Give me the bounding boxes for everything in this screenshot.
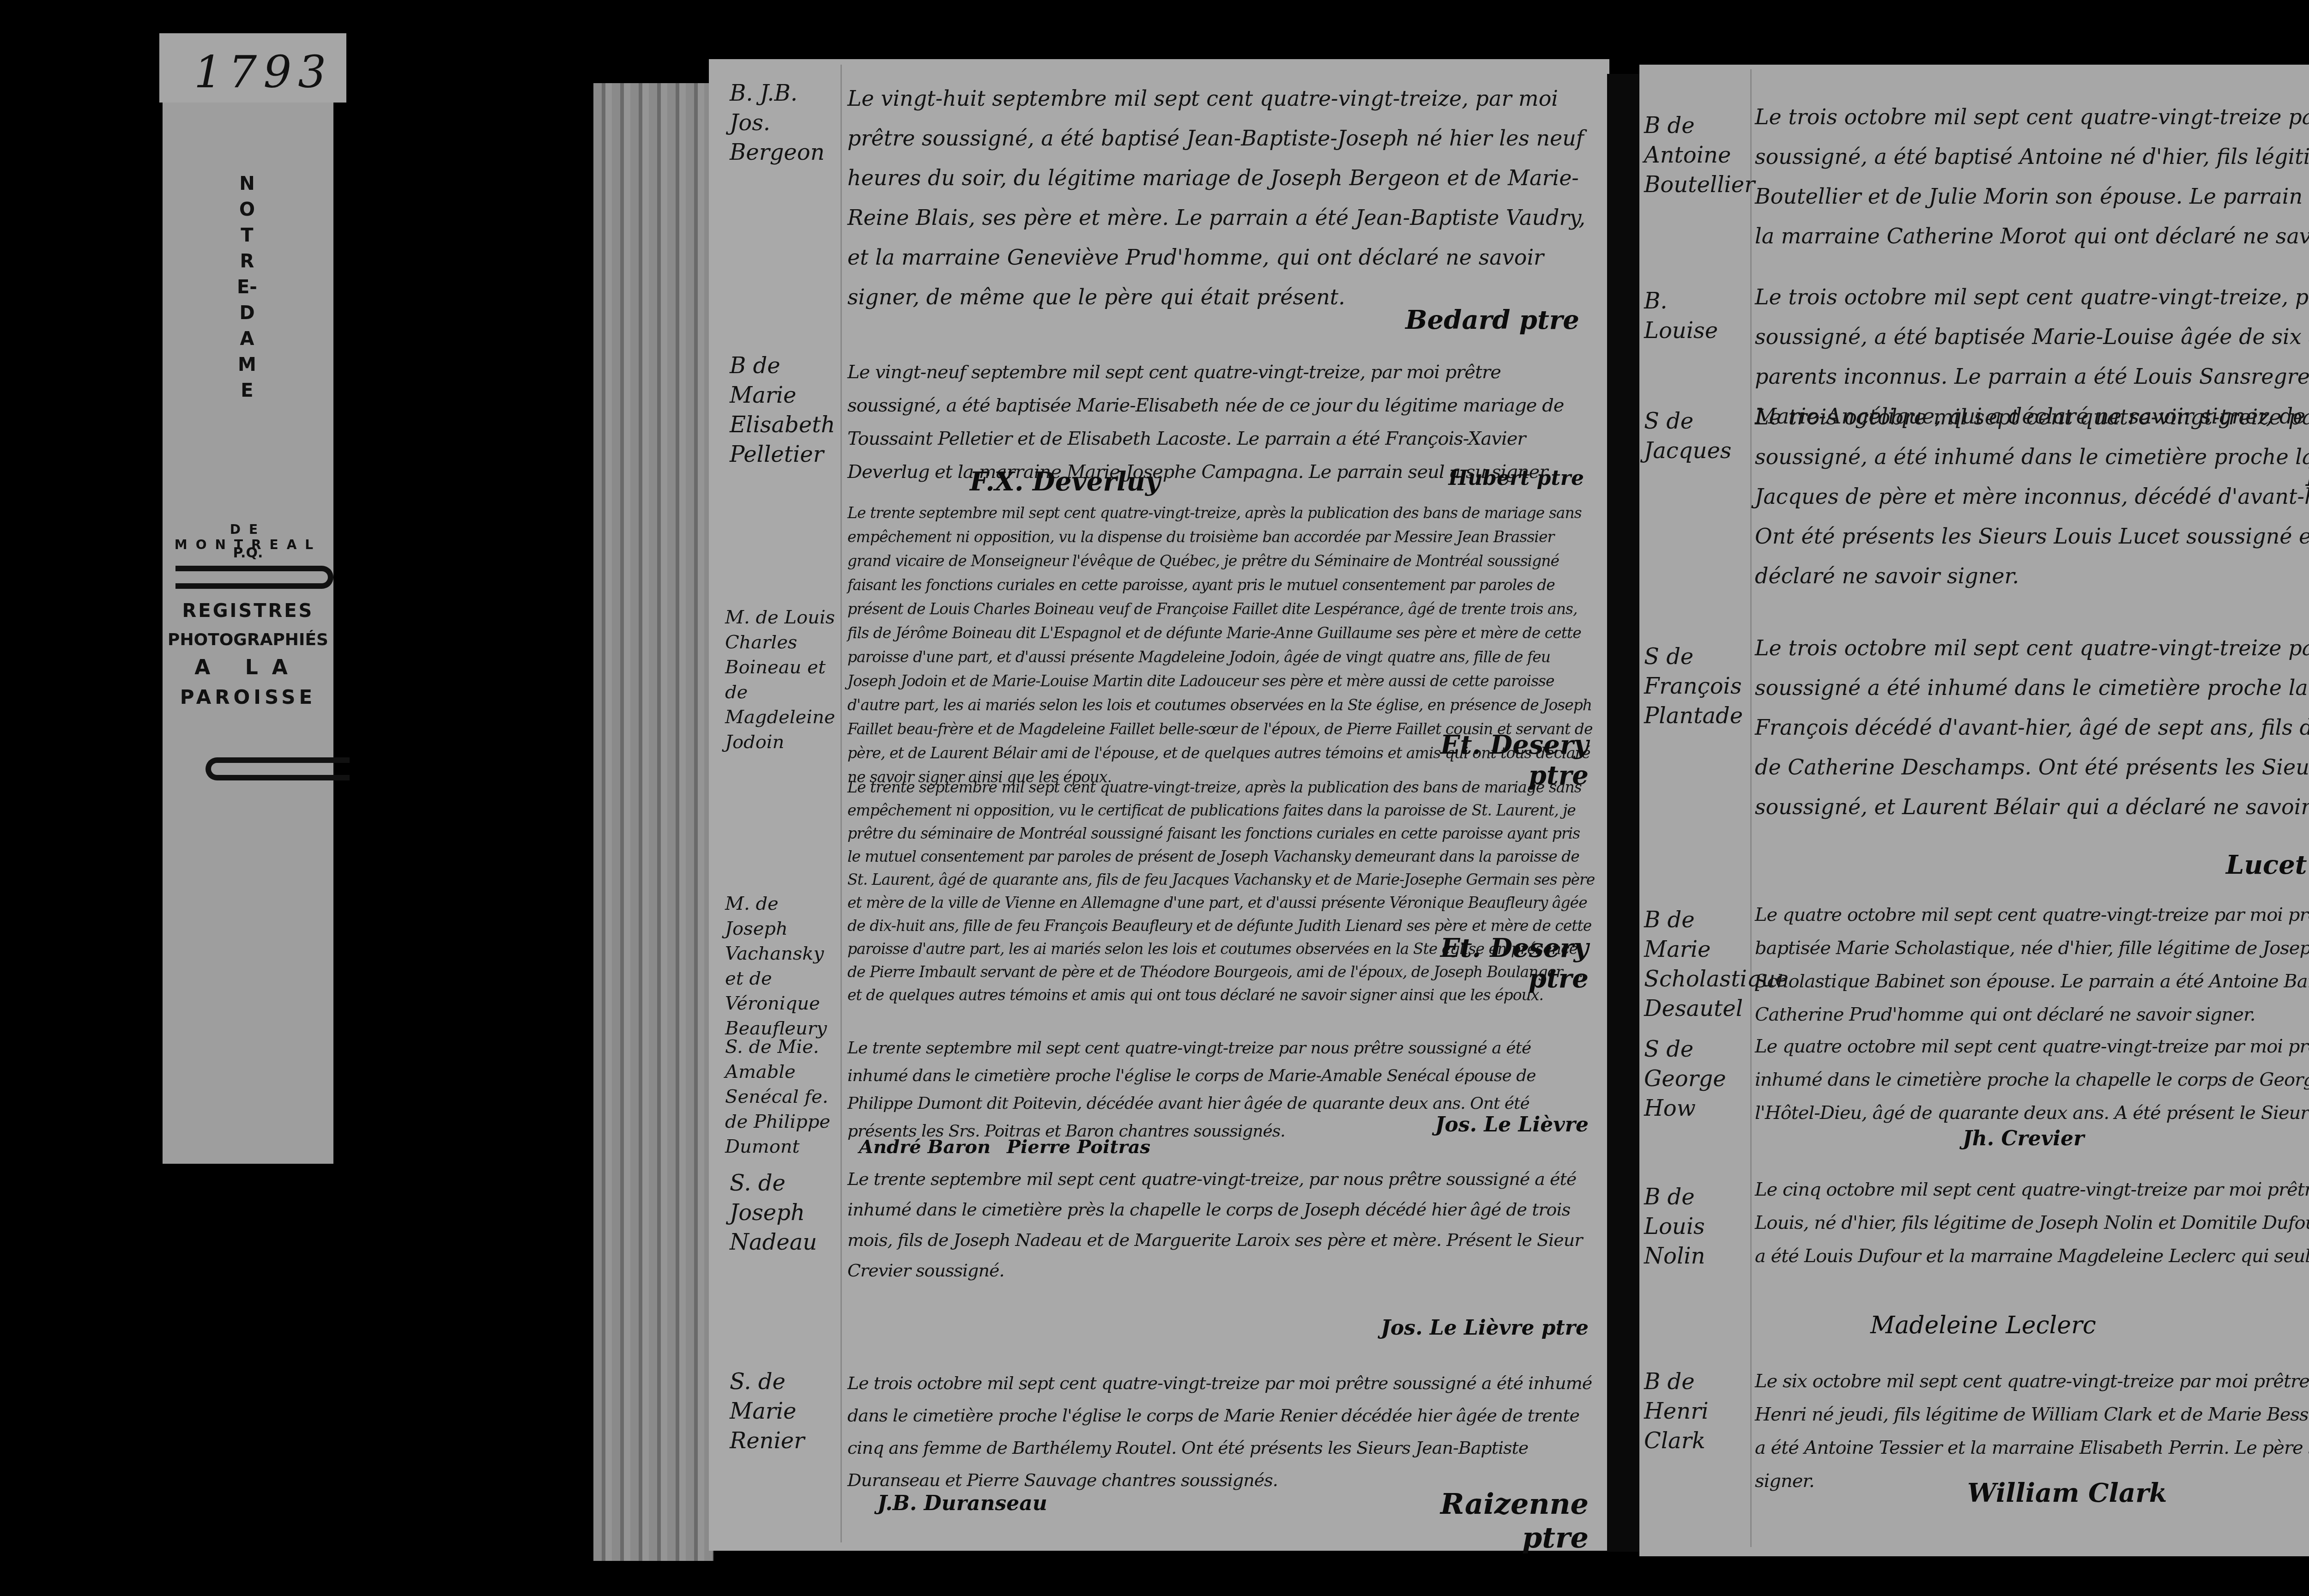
witness-signatures: J.B. Duranseau (877, 1492, 1247, 1515)
margin-note: M. de Joseph Vachansky et de Véronique B… (725, 891, 836, 1041)
province-label: P.Q. (163, 545, 333, 561)
signature: Et. Desery ptre (1376, 933, 1589, 994)
stamp-line-4: PAROISSE (163, 686, 333, 708)
parish-name-vertical: NOTRE-DAME (236, 171, 259, 404)
signature: Raizenne ptre (1395, 1487, 1589, 1554)
margin-note: B de Louis Nolin (1644, 1182, 1746, 1271)
witness-signature: Lucet (2226, 850, 2309, 880)
register-entry: Le trente septembre mil sept cent quatre… (847, 1164, 1596, 1286)
margin-note: B. J.B. Jos. Bergeon (730, 79, 831, 167)
margin-note: S. de Joseph Nadeau (730, 1168, 831, 1257)
signature: Jos. Le Lièvre ptre (1339, 1316, 1589, 1340)
register-entry: Le vingt-huit septembre mil sept cent qu… (847, 79, 1596, 317)
register-year: 1793 (194, 46, 332, 98)
margin-note: B. Louise (1644, 286, 1746, 345)
signature: Bedard ptre (1339, 305, 1579, 335)
signature: Hubert ptre (1408, 466, 1584, 490)
paperclip-top-icon (175, 566, 333, 589)
left-margin-rule (840, 65, 842, 1542)
register-entry: Le trois octobre mil sept cent quatre-vi… (847, 1367, 1596, 1496)
margin-note: S de George How (1644, 1034, 1746, 1123)
margin-note: S de Jacques (1644, 406, 1746, 465)
signature: F.X. Deverluy (970, 466, 1201, 497)
witness-signature: William Clark (1967, 1478, 2198, 1508)
register-entry: Le quatre octobre mil sept cent quatre-v… (1755, 898, 2309, 1031)
register-entry: Le trois octobre mil sept cent quatre-vi… (1755, 397, 2309, 596)
register-entry: Le trois octobre mil sept cent quatre-vi… (1755, 97, 2309, 256)
witness-signature: Jh. Crevier (1963, 1127, 2147, 1150)
page-stack-left (593, 83, 713, 1561)
margin-note: B de Marie Scholastique Desautel (1644, 905, 1746, 1023)
margin-note: B de Antoine Boutellier (1644, 111, 1746, 199)
paperclip-bottom-icon (206, 757, 350, 780)
register-entry: Le quatre octobre mil sept cent quatre-v… (1755, 1030, 2309, 1130)
witness-signatures: Pierre Poitras (1007, 1136, 1191, 1158)
stamp-line-1: REGISTRES (163, 600, 333, 622)
register-entry: Le cinq octobre mil sept cent quatre-vin… (1755, 1173, 2309, 1273)
witness-signature: Madeleine Leclerc (1870, 1312, 2147, 1339)
margin-note: M. de Louis Charles Boineau et de Magdel… (725, 605, 836, 755)
margin-note: S de François Plantade (1644, 642, 1746, 731)
stamp-line-2: PHOTOGRAPHIÉS (163, 630, 333, 649)
right-margin-rule (1750, 69, 1752, 1547)
stamp-line-3: A LA (163, 656, 333, 679)
margin-note: S. de Marie Renier (730, 1367, 831, 1456)
register-entry: Le trois octobre mil sept cent quatre-vi… (1755, 628, 2309, 827)
margin-note: B de Marie Elisabeth Pelletier (730, 351, 831, 469)
signature: Jos. Le Lièvre (1385, 1113, 1589, 1137)
book-gutter (1607, 74, 1642, 1552)
margin-note: S. de Mie. Amable Senécal fe. de Philipp… (725, 1034, 836, 1159)
margin-note: B de Henri Clark (1644, 1367, 1746, 1456)
